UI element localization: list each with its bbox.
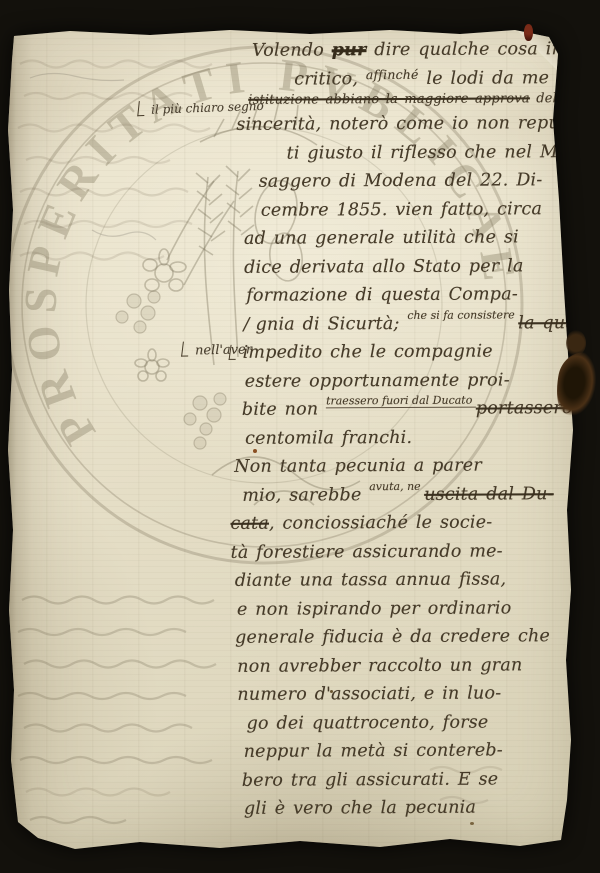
text-segment: la quale ha (518, 312, 600, 333)
manuscript-line: centomila franchi. (230, 423, 570, 453)
manuscript-line: go dei quattrocento, forse (231, 708, 571, 738)
text-segment: cembre 1855. vien fatto, circa (261, 199, 542, 220)
text-segment: ti giusto il riflesso che nel Mes- (287, 142, 584, 164)
text-segment: cata (230, 514, 269, 534)
manuscript-line: mio, sarebbe avuta, ne uscita dal Du- (230, 480, 570, 510)
text-segment: traessero fuori dal Ducato (326, 394, 476, 409)
margin-note: nell'aver (182, 338, 252, 358)
manuscript-line: /gnia di Sicurtà; che si fa consistere l… (229, 309, 569, 339)
text-segment: gli è vero che la pecunia (244, 798, 476, 819)
manuscript-line: saggero di Modena del 22. Di- (229, 166, 569, 196)
text-segment: numero d'associati, e in luo- (237, 683, 501, 704)
text-segment: tà forestiere assicurando me- (231, 541, 503, 562)
manuscript-line: impedito che le compagnie (230, 337, 570, 367)
ink-speck (360, 855, 365, 859)
text-segment: centomila franchi. (245, 427, 412, 448)
text-segment: Volendo (252, 40, 332, 60)
insertion-mark-icon (181, 341, 190, 356)
manuscript-line: Non tanta pecunia a parer (230, 451, 570, 481)
text-segment: formazione di questa Compa- (246, 284, 518, 305)
manuscript-line: neppur la metà si contereb- (232, 736, 572, 766)
text-segment: le lodi da me date alla (419, 67, 600, 88)
margin-note-label: nell'aver (195, 342, 252, 358)
manuscript-line: bite non traessero fuori dal Ducato port… (230, 394, 570, 424)
flower-rosette-motif (135, 249, 186, 381)
text-segment: / (243, 314, 249, 334)
text-segment: e non ispirando per ordinario (237, 598, 512, 619)
text-segment: generale fiducia è da credere che (235, 626, 550, 648)
text-segment: istituzione abbiano la maggiore approva (248, 91, 530, 107)
text-segment: dice derivata allo Stato per la (244, 256, 524, 277)
manuscript-line: istituzione abbiano la maggiore approva … (228, 92, 568, 111)
text-segment: sincerità, noterò come io non repu- (236, 113, 566, 135)
text-segment: diante una tassa annua fissa, (235, 569, 507, 590)
manuscript-line: ti giusto il riflesso che nel Mes- (228, 138, 568, 168)
text-segment: pur (332, 40, 367, 60)
text-segment: ad una generale utilità che si (244, 227, 519, 248)
manuscript-page: PROSPERITATI PVBLICAE (0, 0, 600, 873)
ink-speck (330, 690, 333, 693)
text-segment: saggero di Modena del 22. Di- (259, 170, 543, 191)
manuscript-line: formazione di questa Compa- (229, 280, 569, 310)
text-segment: Non tanta pecunia a parer (234, 456, 482, 477)
manuscript-line: generale fiducia è da credere che (231, 622, 571, 652)
manuscript-line: numero d'associati, e in luo- (231, 679, 571, 709)
manuscript-line: diante una tassa annua fissa, (231, 565, 571, 595)
wax-mark (524, 24, 533, 41)
grape-cluster-motif (116, 291, 226, 449)
text-segment: dire qualche cosa in senso (366, 39, 600, 60)
text-segment: che si fa consistere (407, 308, 518, 322)
text-segment: , conciossiaché le socie- (269, 513, 492, 534)
text-segment: avuta, ne (369, 479, 424, 492)
text-segment: mio, sarebbe (242, 485, 369, 506)
binding-gutter-shadow (6, 30, 32, 852)
insertion-mark-icon (137, 101, 146, 116)
manuscript-line: dice derivata allo Stato per la (229, 252, 569, 282)
manuscript-line: Volendo pur dire qualche cosa in senso (228, 35, 568, 65)
manuscript-line: e non ispirando per ordinario (231, 594, 571, 624)
manuscript-line: sincerità, noterò come io non repu- (228, 109, 568, 139)
manuscript-line: cembre 1855. vien fatto, circa (229, 195, 569, 225)
text-segment: go dei quattrocento, forse (246, 712, 488, 733)
text-segment: della (530, 91, 569, 106)
text-segment: neppur la metà si contereb- (244, 740, 503, 761)
manuscript-line: cata, conciossiaché le socie- (230, 508, 570, 538)
text-segment: critico, (294, 69, 366, 89)
manuscript-line: bero tra gli assicurati. E se (232, 765, 572, 795)
manuscript-text: Volendo pur dire qualche cosa in sensocr… (228, 35, 572, 823)
photographed-manuscript: PROSPERITATI PVBLICAE (0, 0, 600, 873)
text-segment: uscita dal Du- (424, 484, 554, 505)
text-segment: estere opportunamente proi- (245, 370, 510, 391)
text-segment: impedito che le compagnie (243, 342, 493, 363)
ink-speck (253, 449, 257, 453)
text-segment: non avrebber raccolto un gran (237, 655, 522, 676)
manuscript-line: estere opportunamente proi- (230, 366, 570, 396)
manuscript-line: tà forestiere assicurando me- (231, 537, 571, 567)
ink-speck (470, 822, 474, 825)
text-segment: bero tra gli assicurati. E se (242, 769, 499, 790)
manuscript-line: gli è vero che la pecunia (232, 793, 572, 823)
page-shadow: PROSPERITATI PVBLICAE (0, 0, 600, 873)
text-segment: gnia di Sicurtà; (256, 313, 408, 334)
manuscript-line: critico, affinché le lodi da me date all… (228, 64, 568, 94)
manuscript-line: non avrebber raccolto un gran (231, 651, 571, 681)
text-segment: bite non (242, 399, 326, 419)
text-segment: affinché (366, 66, 419, 81)
manuscript-line: ad una generale utilità che si (229, 223, 569, 253)
